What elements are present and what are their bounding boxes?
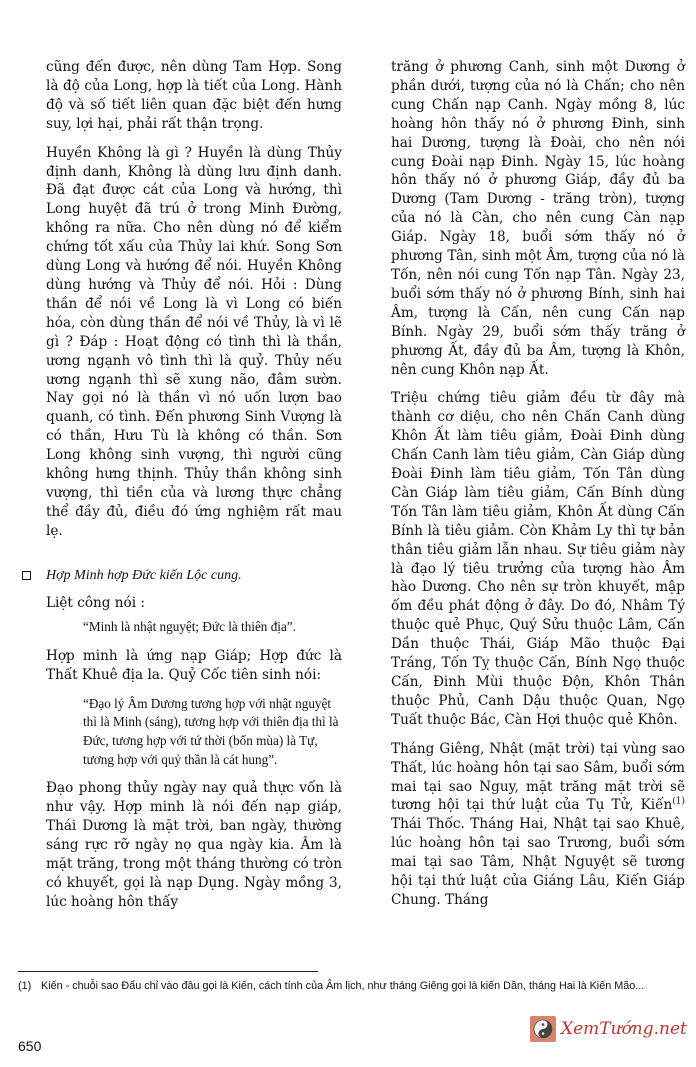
paragraph: Đạo phong thủy ngày nay quả thực vốn là … [46, 779, 342, 911]
section-heading-text: Hợp Minh hợp Đức kiến Lộc cung. [46, 568, 242, 583]
yin-yang-icon [530, 1016, 556, 1042]
paragraph: Hợp minh là ứng nạp Giáp; Hợp đức là Thấ… [46, 647, 342, 685]
block-quote: “Đạo lý Âm Dương tương hợp với nhật nguy… [83, 695, 342, 769]
paragraph: Huyền Không là gì ? Huyền là dùng Thủy đ… [46, 144, 342, 541]
paragraph: Tháng Giêng, Nhật (mặt trời) tại vùng sa… [391, 740, 685, 910]
logo-text: XemTướng.net [561, 1019, 687, 1039]
section-heading: Hợp Minh hợp Đức kiến Lộc cung. [22, 567, 342, 586]
paragraph: trăng ở phương Canh, sinh một Dương ở ph… [391, 58, 685, 379]
paragraph: Liệt công nói : [46, 594, 342, 613]
footnote-reference[interactable]: (1) [672, 797, 685, 807]
left-column: cũng đến được, nên dùng Tam Hợp. Song là… [46, 58, 342, 922]
right-column: trăng ở phương Canh, sinh một Dương ở ph… [391, 58, 685, 920]
footnote-marker: (1) [18, 979, 31, 994]
footnote-text: Kiến - chuỗi sao Đẩu chỉ vào đâu gọi là … [18, 979, 688, 994]
site-logo: XemTướng.net [530, 1015, 687, 1043]
paragraph-text: Thái Thốc. Tháng Hai, Nhật tại sao Khuê,… [391, 816, 685, 908]
paragraph: cũng đến được, nên dùng Tam Hợp. Song là… [46, 58, 342, 134]
page-number: 650 [18, 1038, 41, 1054]
footnote-divider [18, 971, 318, 972]
footnote: (1) Kiến - chuỗi sao Đẩu chỉ vào đâu gọi… [18, 979, 688, 994]
checkbox-bullet-icon [22, 571, 31, 580]
block-quote: “Minh là nhật nguyệt; Đức là thiên địa”. [83, 618, 342, 637]
paragraph: Triệu chứng tiêu giảm đều từ đây mà thàn… [391, 389, 685, 729]
paragraph-text: Tháng Giêng, Nhật (mặt trời) tại vùng sa… [391, 741, 685, 814]
